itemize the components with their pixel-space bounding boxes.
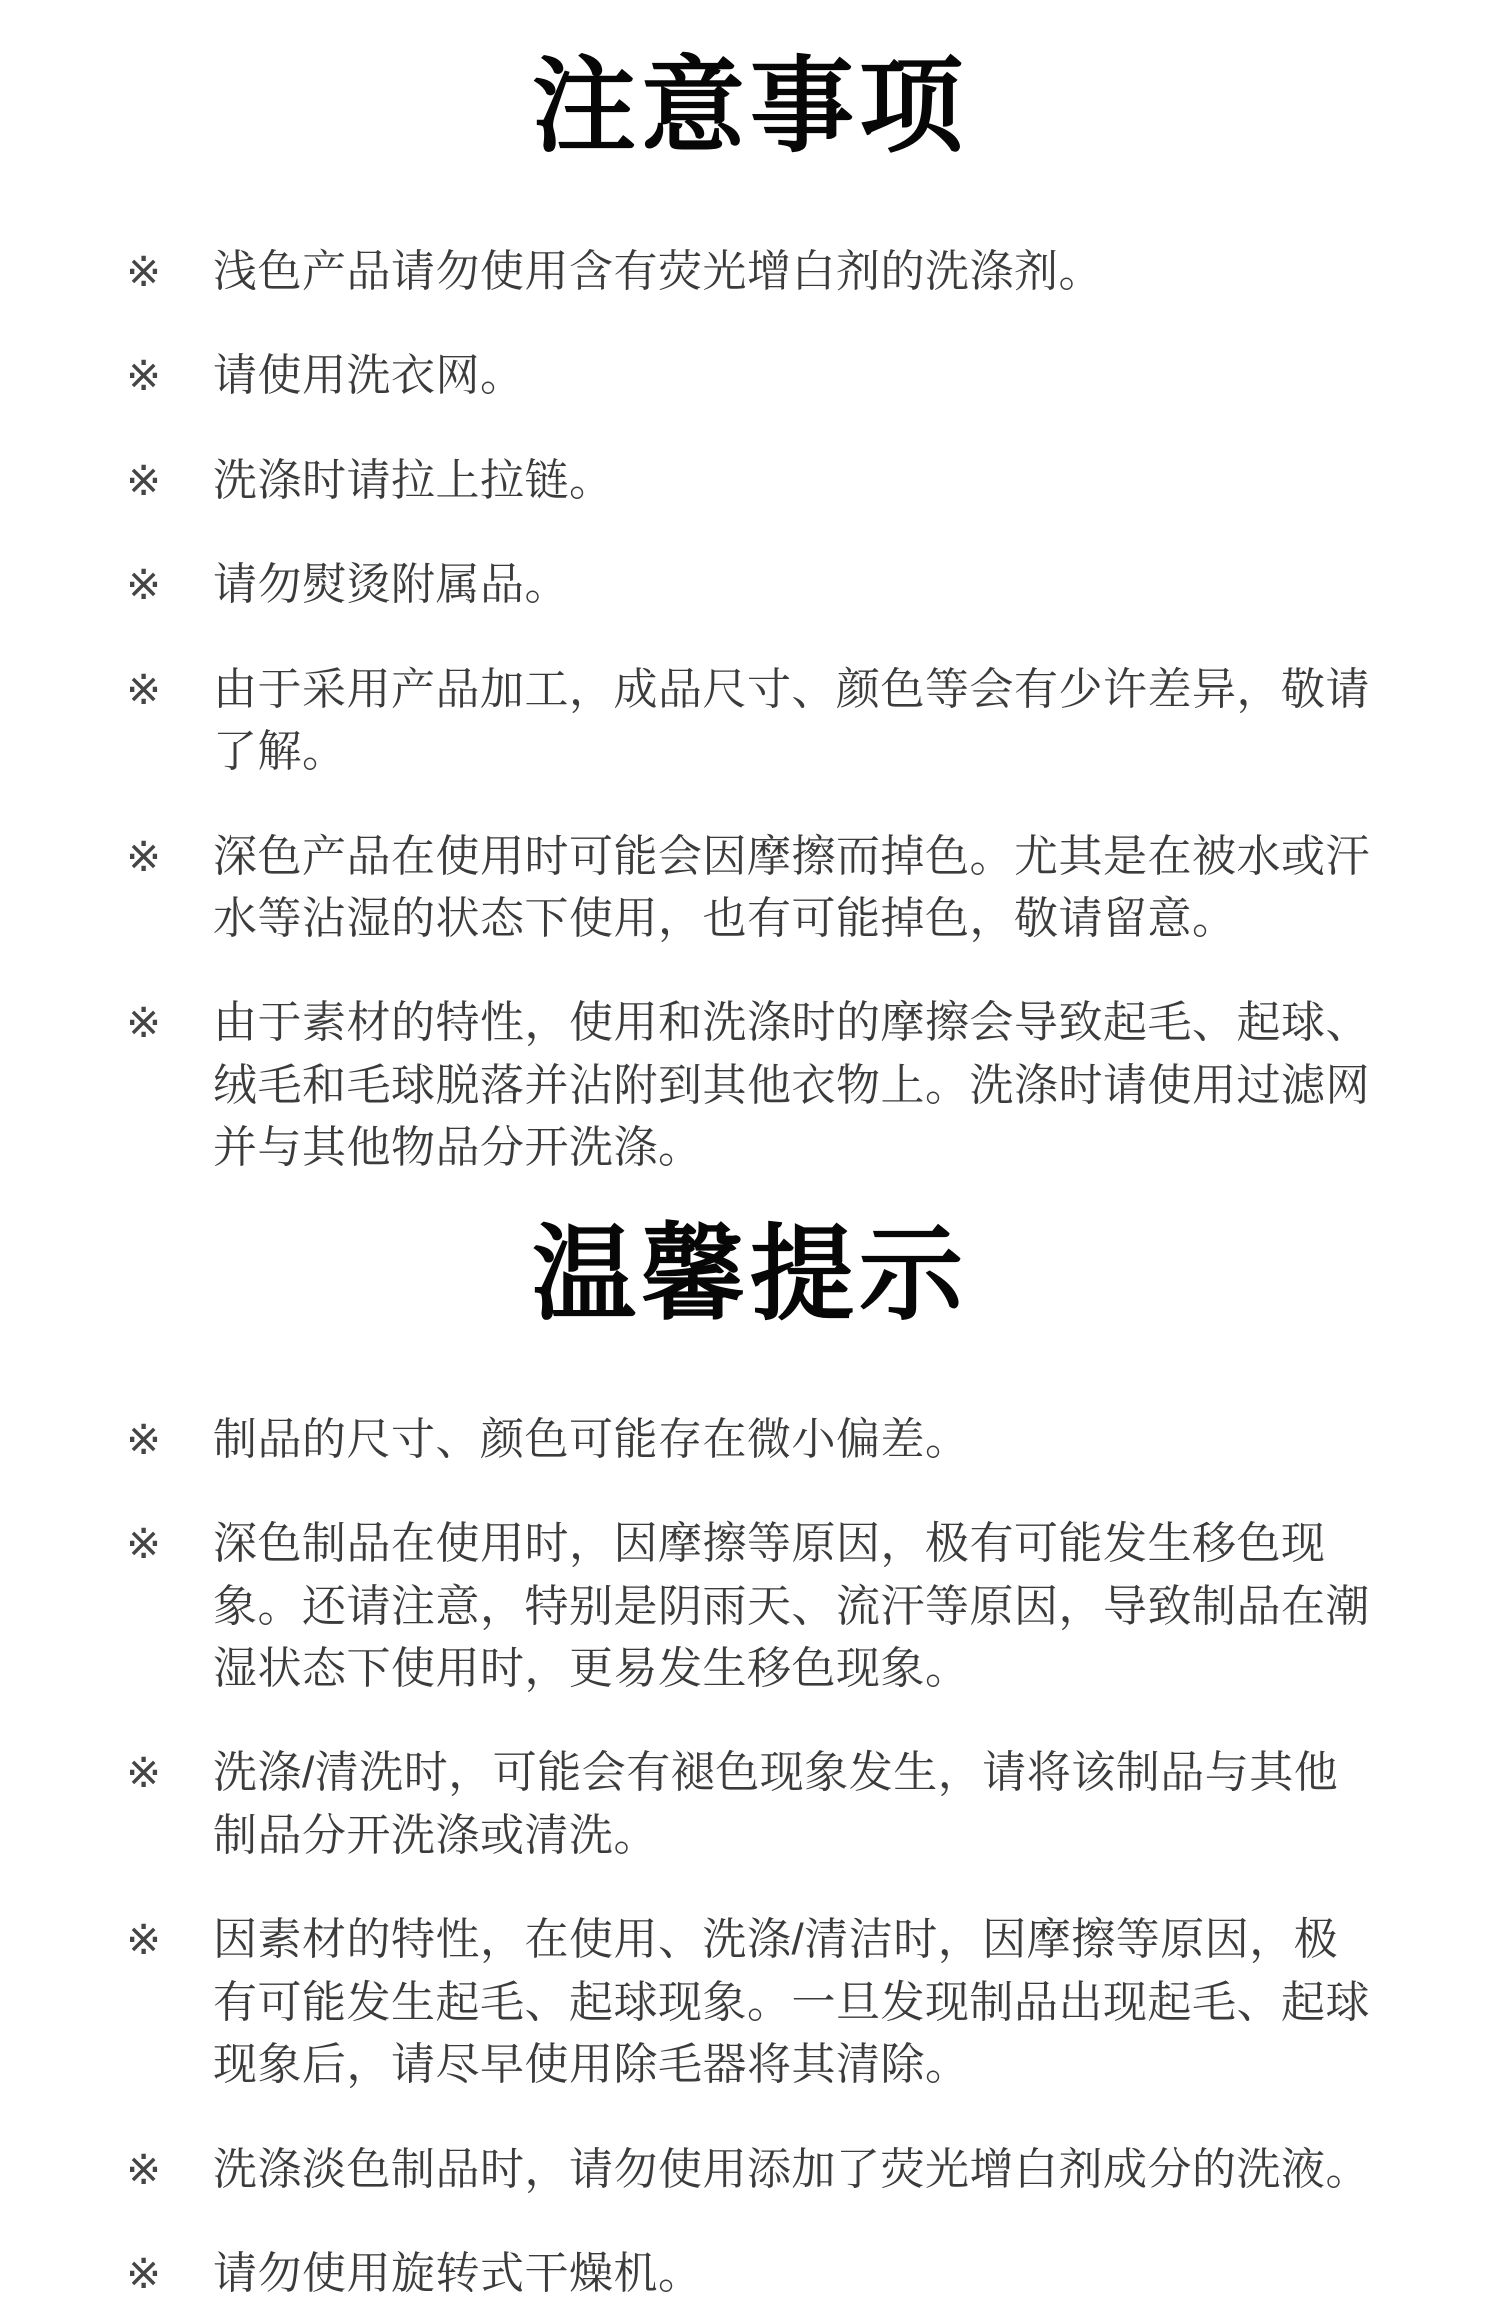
notice-text: 深色制品在使用时，因摩擦等原因，极有可能发生移色现象。还请注意，特别是阴雨天、流… xyxy=(213,1513,1380,1700)
reference-mark-icon: ※ xyxy=(126,659,213,721)
reference-mark-icon: ※ xyxy=(126,2139,213,2201)
reference-mark-icon: ※ xyxy=(126,1513,213,1575)
notice-item: ※ 制品的尺寸、颜色可能存在微小偏差。 xyxy=(126,1409,1380,1471)
notice-list: ※ 浅色产品请勿使用含有荧光增白剂的洗涤剂。 ※ 请使用洗衣网。 ※ 洗涤时请拉… xyxy=(0,241,1500,1180)
notice-item: ※ 由于素材的特性，使用和洗涤时的摩擦会导致起毛、起球、绒毛和毛球脱落并沾附到其… xyxy=(126,992,1380,1179)
notice-item: ※ 请勿熨烫附属品。 xyxy=(126,554,1380,616)
reference-mark-icon: ※ xyxy=(126,826,213,888)
notice-text: 由于采用产品加工，成品尺寸、颜色等会有少许差异，敬请了解。 xyxy=(213,659,1380,784)
notice-text: 浅色产品请勿使用含有荧光增白剂的洗涤剂。 xyxy=(213,241,1380,303)
notice-text: 洗涤时请拉上拉链。 xyxy=(213,450,1380,512)
section-title: 温馨提示 xyxy=(0,1214,1500,1337)
notice-text: 制品的尺寸、颜色可能存在微小偏差。 xyxy=(213,1409,1380,1471)
notice-item: ※ 请使用洗衣网。 xyxy=(126,345,1380,407)
notice-text: 请勿熨烫附属品。 xyxy=(213,554,1380,616)
reference-mark-icon: ※ xyxy=(126,241,213,303)
notice-text: 因素材的特性，在使用、洗涤/清洁时，因摩擦等原因，极有可能发生起毛、起球现象。一… xyxy=(213,1909,1380,2096)
reference-mark-icon: ※ xyxy=(126,345,213,407)
reference-mark-icon: ※ xyxy=(126,992,213,1054)
notice-text: 请勿使用旋转式干燥机。 xyxy=(213,2243,1380,2305)
reference-mark-icon: ※ xyxy=(126,450,213,512)
notice-text: 洗涤/清洗时，可能会有褪色现象发生，请将该制品与其他制品分开洗涤或清洗。 xyxy=(213,1742,1380,1867)
notice-item: ※ 请勿使用旋转式干燥机。 xyxy=(126,2243,1380,2305)
notice-item: ※ 因素材的特性，在使用、洗涤/清洁时，因摩擦等原因，极有可能发生起毛、起球现象… xyxy=(126,1909,1380,2096)
notice-item: ※ 深色产品在使用时可能会因摩擦而掉色。尤其是在被水或汗水等沾湿的状态下使用，也… xyxy=(126,826,1380,951)
reference-mark-icon: ※ xyxy=(126,1742,213,1804)
care-instructions-page: 注意事项 ※ 浅色产品请勿使用含有荧光增白剂的洗涤剂。 ※ 请使用洗衣网。 ※ … xyxy=(0,0,1500,2322)
notice-text: 请使用洗衣网。 xyxy=(213,345,1380,407)
reference-mark-icon: ※ xyxy=(126,1909,213,1971)
notice-text: 深色产品在使用时可能会因摩擦而掉色。尤其是在被水或汗水等沾湿的状态下使用，也有可… xyxy=(213,826,1380,951)
reference-mark-icon: ※ xyxy=(126,1409,213,1471)
reference-mark-icon: ※ xyxy=(126,2243,213,2305)
notice-item: ※ 洗涤/清洗时，可能会有褪色现象发生，请将该制品与其他制品分开洗涤或清洗。 xyxy=(126,1742,1380,1867)
section-title: 注意事项 xyxy=(0,46,1500,169)
notice-item: ※ 深色制品在使用时，因摩擦等原因，极有可能发生移色现象。还请注意，特别是阴雨天… xyxy=(126,1513,1380,1700)
notice-item: ※ 由于采用产品加工，成品尺寸、颜色等会有少许差异，敬请了解。 xyxy=(126,659,1380,784)
notice-section: 温馨提示 ※ 制品的尺寸、颜色可能存在微小偏差。 ※ 深色制品在使用时，因摩擦等… xyxy=(0,1214,1500,2306)
reference-mark-icon: ※ xyxy=(126,554,213,616)
notice-item: ※ 浅色产品请勿使用含有荧光增白剂的洗涤剂。 xyxy=(126,241,1380,303)
notice-list: ※ 制品的尺寸、颜色可能存在微小偏差。 ※ 深色制品在使用时，因摩擦等原因，极有… xyxy=(0,1409,1500,2306)
notice-section: 注意事项 ※ 浅色产品请勿使用含有荧光增白剂的洗涤剂。 ※ 请使用洗衣网。 ※ … xyxy=(0,46,1500,1180)
notice-text: 由于素材的特性，使用和洗涤时的摩擦会导致起毛、起球、绒毛和毛球脱落并沾附到其他衣… xyxy=(213,992,1380,1179)
notice-text: 洗涤淡色制品时，请勿使用添加了荧光增白剂成分的洗液。 xyxy=(213,2139,1380,2201)
notice-item: ※ 洗涤淡色制品时，请勿使用添加了荧光增白剂成分的洗液。 xyxy=(126,2139,1380,2201)
notice-item: ※ 洗涤时请拉上拉链。 xyxy=(126,450,1380,512)
